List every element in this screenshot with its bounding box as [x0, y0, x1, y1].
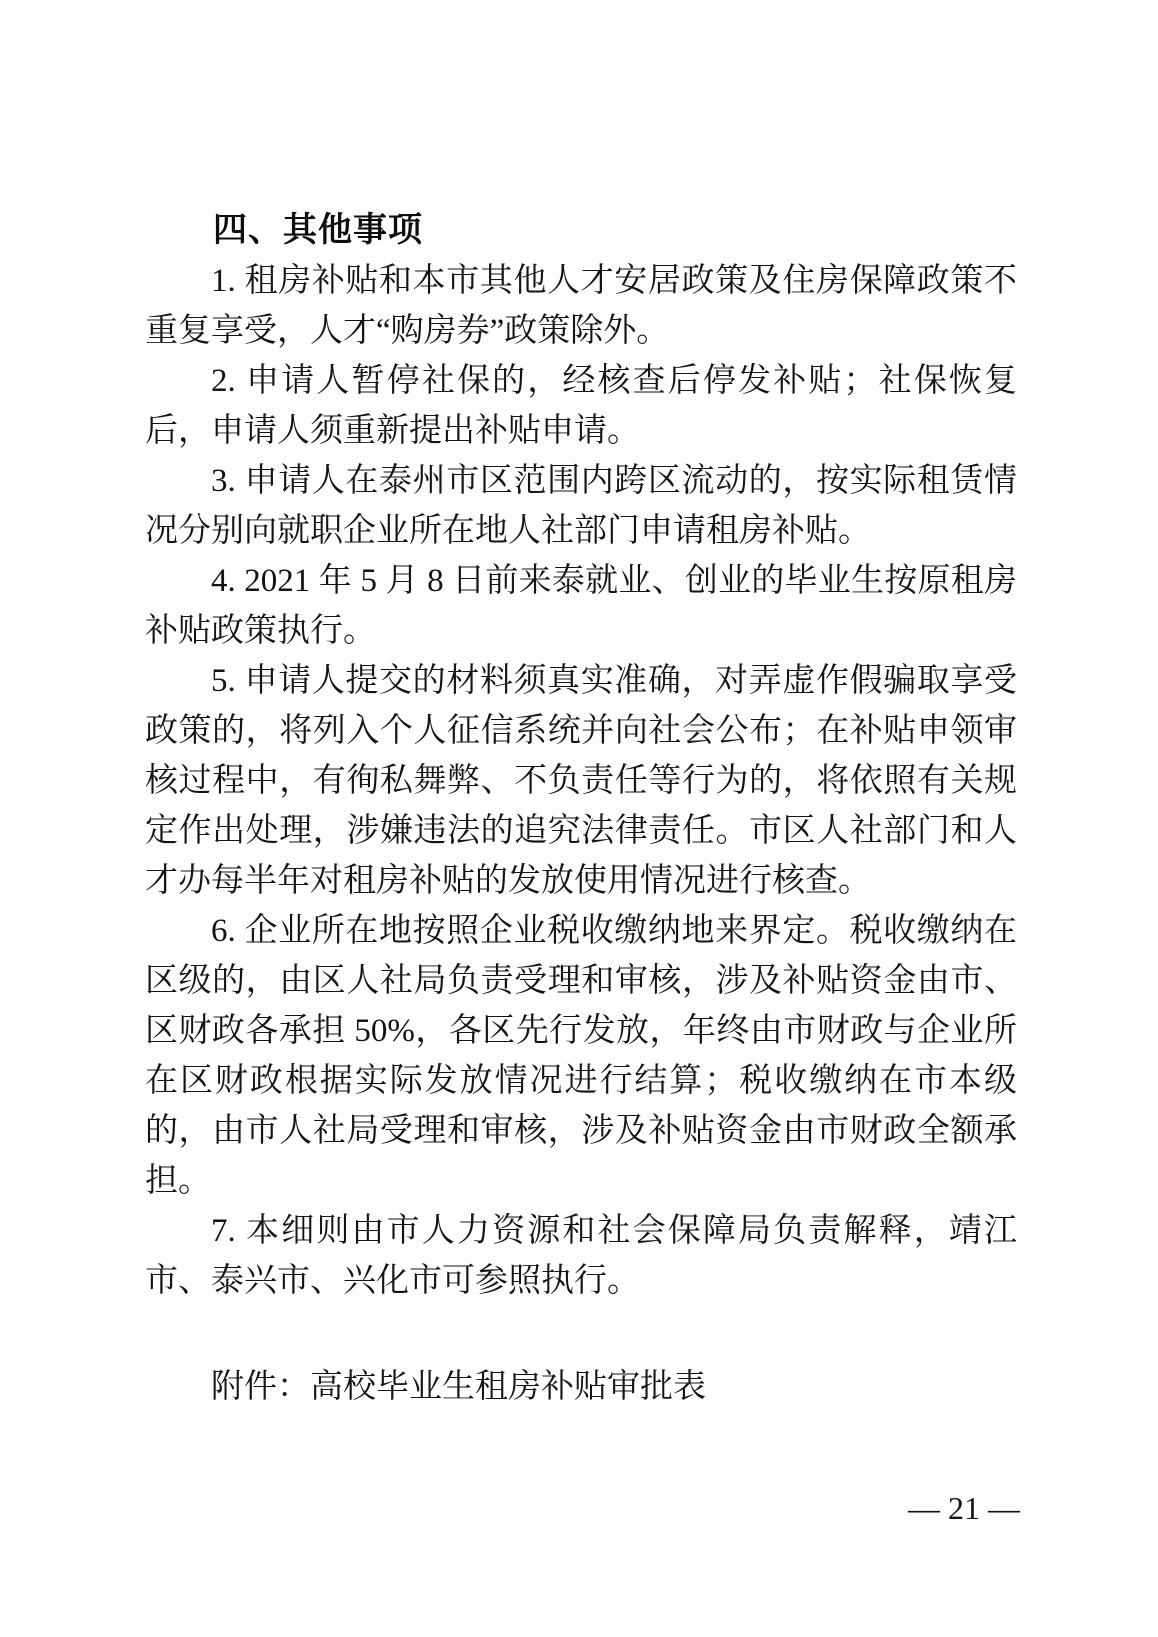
paragraph-item-2: 2. 申请人暂停社保的，经核查后停发补贴；社保恢复后，申请人须重新提出补贴申请。	[145, 356, 1017, 456]
paragraph-item-7: 7. 本细则由市人力资源和社会保障局负责解释，靖江市、泰兴市、兴化市可参照执行。	[145, 1206, 1017, 1306]
section-heading: 四、其他事项	[145, 204, 1017, 256]
attachment-line: 附件：高校毕业生租房补贴审批表	[145, 1362, 1017, 1412]
paragraph-item-4: 4. 2021 年 5 月 8 日前来泰就业、创业的毕业生按原租房补贴政策执行。	[145, 556, 1017, 656]
paragraph-item-1: 1. 租房补贴和本市其他人才安居政策及住房保障政策不重复享受，人才“购房券”政策…	[145, 256, 1017, 356]
paragraph-item-3: 3. 申请人在泰州市区范围内跨区流动的，按实际租赁情况分别向就职企业所在地人社部…	[145, 456, 1017, 556]
paragraph-item-6: 6. 企业所在地按照企业税收缴纳地来界定。税收缴纳在区级的，由区人社局负责受理和…	[145, 906, 1017, 1206]
page-number: — 21 —	[908, 1490, 1020, 1526]
document-body: 四、其他事项 1. 租房补贴和本市其他人才安居政策及住房保障政策不重复享受，人才…	[145, 204, 1017, 1412]
document-page: 四、其他事项 1. 租房补贴和本市其他人才安居政策及住房保障政策不重复享受，人才…	[0, 0, 1158, 1637]
paragraph-item-5: 5. 申请人提交的材料须真实准确，对弄虚作假骗取享受政策的，将列入个人征信系统并…	[145, 656, 1017, 906]
